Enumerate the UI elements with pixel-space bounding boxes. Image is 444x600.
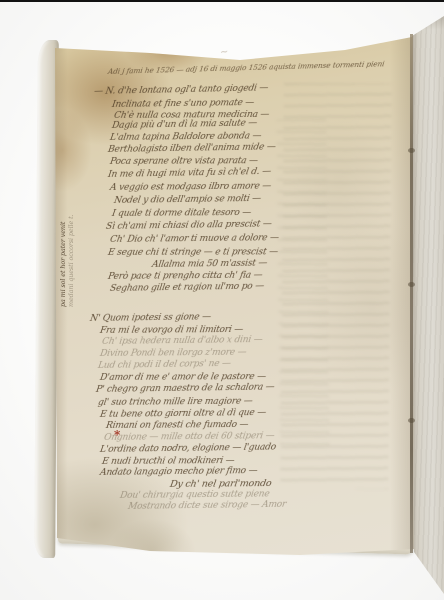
manuscript-line: E nudi bructhi ol modkineri —	[101, 456, 235, 467]
manuscript-line: Rimani on fanesti che fumado —	[105, 420, 249, 431]
manuscript-line: — N. d'he lontana ogl'a tanto giogedi —	[93, 83, 269, 97]
manuscript-line: Fra mi le avorgo di mi limitori —	[99, 325, 244, 336]
manuscript-line: L'ordine dato nodro, elogione — l'guado	[99, 443, 276, 455]
manuscript-line: Dagia più d'un dì la mia salute —	[111, 118, 258, 131]
manuscript-line: L'alma tapina Baldolore abonda —	[109, 131, 262, 143]
manuscript-line: Bertholagisto ilben dell'anima mide —	[107, 142, 276, 155]
date-header-line: Adi j fami he 1526 — adj 16 di maggio 15…	[107, 59, 385, 76]
manuscript-line: A veggio est modgaso ilbro amore —	[109, 182, 272, 193]
manuscript-line: D'amor di me e' amor de le pastore —	[99, 372, 266, 383]
manuscript-line: Andato langagio mecho pier fimo —	[99, 466, 258, 478]
manuscript-line: Ongnione — mille otto dei 60 stiperi —	[103, 431, 275, 443]
manuscript-line: Poca sperane oltre vista parata —	[109, 156, 258, 167]
photograph-background: ∼ Adi j fami he 1526 — adj 16 di maggio …	[0, 0, 444, 600]
manuscript-line: Ch' ipsa hedera nulla d'albo x dini —	[101, 335, 263, 347]
manuscript-line: N' Quom ipotesi ss gione —	[89, 312, 211, 324]
red-asterisk-mark: *	[114, 428, 120, 442]
manuscript-line: P' chegro gran maestro de la schalora —	[95, 383, 275, 395]
manuscript-line: E segue chi ti stringe — e ti prescist —	[107, 247, 278, 258]
manuscript-line: Dou' chirurgia questio sutte piene	[119, 489, 270, 501]
manuscript-line: Sì ch'ami mi chiasi dio alla prescist —	[105, 219, 272, 232]
manuscript-line: Nodel y dio dell'ampio se molti —	[113, 194, 261, 206]
margin-note-line: medani questi occorsi pelle t.	[67, 165, 75, 307]
manuscript-line: Inclinata et fine s'uno pomate —	[111, 98, 255, 110]
margin-note-line: pa mi sol et hor pater venit	[59, 165, 67, 307]
manuscript-line: E tu bene otto giorni oltre al dì que —	[99, 408, 267, 420]
ink-squiggle-mark: ∼	[219, 46, 229, 58]
manuscript-line: Però pace ti prengho citta ch' fia —	[107, 271, 263, 282]
manuscript-line: gl' suo trincho mille lire magiore —	[97, 397, 253, 408]
manuscript-line: In me di hugi mia vita fu sì ch'el d. —	[107, 167, 271, 180]
manuscript-line: Dy ch' nel parl'mondo	[169, 478, 272, 490]
manuscript-line: Seghano gille et ragion ul'mo po —	[109, 282, 264, 294]
manuscript-line: I quale ti dorme ditale tesoro —	[111, 208, 252, 219]
manuscript-line: Ch' Dio ch' l'amor ti muove a dolore —	[109, 233, 279, 245]
handwriting-layer: ∼ Adi j fami he 1526 — adj 16 di maggio …	[0, 0, 444, 600]
manuscript-line: Divino Pondi ben ilorgo z'more —	[99, 348, 247, 359]
manuscript-line: Allalma mia 50 m'assist —	[151, 259, 268, 270]
vertical-margin-note: pa mi sol et hor pater venit medani ques…	[59, 165, 75, 307]
manuscript-line: Lud chi podi il del corps' ne —	[97, 359, 231, 371]
manuscript-line: Mostrando dicte sue siroge — Amor	[127, 500, 287, 512]
